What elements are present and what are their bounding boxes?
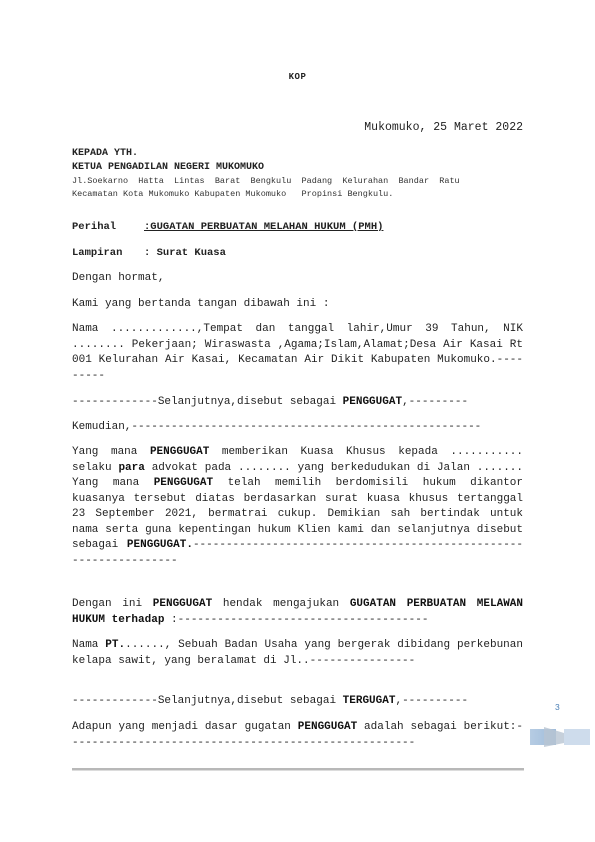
designation-term: PENGGUGAT (343, 396, 402, 408)
greeting: Dengan hormat, (72, 271, 523, 287)
recipient-address-line2: Kecamatan Kota Mukomuko Kabupaten Mukomu… (72, 188, 523, 201)
power-of-attorney-paragraph: Yang mana PENGGUGAT memberikan Kuasa Khu… (72, 445, 523, 569)
text: Yang mana (72, 446, 150, 458)
bold-term: para (118, 462, 144, 474)
page-ribbon-icon (530, 725, 590, 749)
defendant-identity-paragraph: Nama PT......., Sebuah Badan Usaha yang … (72, 638, 523, 669)
bold-term: PENGGUGAT (150, 446, 209, 458)
plaintiff-identity-paragraph: Nama .............,Tempat dan tanggal la… (72, 322, 523, 384)
bold-term: PENGGUGAT (153, 598, 212, 610)
designation-prefix: -------------Selanjutnya,disebut sebagai (72, 396, 343, 408)
letter-date: Mukomuko, 25 Maret 2022 (364, 121, 523, 134)
plaintiff-designation: -------------Selanjutnya,disebut sebagai… (72, 395, 523, 411)
designation-suffix: ,--------- (402, 396, 468, 408)
defendant-designation: -------------Selanjutnya,disebut sebagai… (72, 694, 523, 710)
designation-prefix: -------------Selanjutnya,disebut sebagai (72, 695, 343, 707)
bold-term: PENGGUGAT (154, 477, 213, 489)
perihal-value: :GUGATAN PERBUATAN MELAHAN HUKUM (PMH) (144, 221, 383, 233)
bold-term: PENGGUGAT. (127, 539, 193, 551)
bold-term: PT. (105, 639, 125, 651)
subject-line: Perihal:GUGATAN PERBUATAN MELAHAN HUKUM … (72, 220, 523, 236)
claim-paragraph: Dengan ini PENGGUGAT hendak mengajukan G… (72, 597, 523, 628)
footer-divider (72, 768, 524, 771)
document-page: KOP Mukomuko, 25 Maret 2022 KEPADA YTH. … (0, 0, 595, 842)
intro-paragraph: Kami yang bertanda tangan dibawah ini : (72, 297, 523, 313)
designation-suffix: ,---------- (395, 695, 468, 707)
letterhead-placeholder: KOP (0, 72, 595, 82)
recipient-name: KETUA PENGADILAN NEGERI MUKOMUKO (72, 161, 523, 175)
lampiran-label: Lampiran (72, 246, 144, 262)
kemudian-line: Kemudian,-------------------------------… (72, 420, 523, 436)
text: Adapun yang menjadi dasar gugatan (72, 721, 298, 733)
text: hendak mengajukan (212, 598, 350, 610)
lampiran-value: : Surat Kuasa (144, 247, 226, 259)
text: Dengan ini (72, 598, 153, 610)
bold-term: PENGGUGAT (298, 721, 357, 733)
text: ......, Sebuah Badan Usaha yang bergerak… (72, 639, 523, 667)
text: :-------------------------------------- (164, 614, 428, 626)
recipient-salutation: KEPADA YTH. (72, 147, 523, 161)
attachment-line: Lampiran: Surat Kuasa (72, 246, 523, 262)
designation-term: TERGUGAT (343, 695, 396, 707)
text: Nama (72, 639, 105, 651)
recipient-address-line1: Jl.Soekarno Hatta Lintas Barat Bengkulu … (72, 175, 523, 188)
claim-basis-paragraph: Adapun yang menjadi dasar gugatan PENGGU… (72, 720, 523, 751)
perihal-label: Perihal (72, 220, 144, 236)
recipient-block: KEPADA YTH. KETUA PENGADILAN NEGERI MUKO… (72, 147, 523, 201)
page-number: 3 (555, 702, 560, 712)
